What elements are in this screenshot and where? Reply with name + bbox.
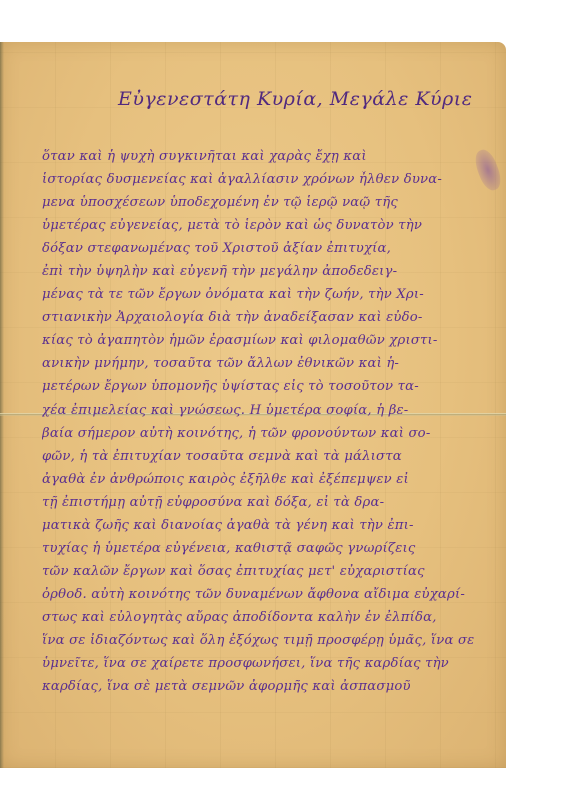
letter-line: καρδίας, ἵνα σὲ μετὰ σεμνῶν ἀφορμῆς καὶ … — [42, 678, 492, 696]
handwritten-letter: Εὐγενεστάτη Κυρία, Μεγάλε Κύριε ὅταν καὶ… — [0, 42, 506, 768]
letter-line: τῇ ἐπιστήμῃ αὐτῇ εὐφροσύνα καὶ δόξα, εἰ … — [42, 494, 492, 512]
letter-line: μένας τὰ τε τῶν ἔργων ὀνόματα καὶ τὴν ζω… — [42, 286, 492, 304]
letter-line: κίας τὸ ἀγαπητὸν ἡμῶν ἐρασμίων καὶ φιλομ… — [42, 332, 492, 350]
letter-line: ὅταν καὶ ἡ ψυχὴ συγκινῆται καὶ χαρὰς ἔχῃ… — [42, 148, 492, 166]
letter-line: φῶν, ἡ τὰ ἐπιτυχίαν τοσαῦτα σεμνὰ καὶ τὰ… — [42, 448, 492, 466]
letter-line: δόξαν στεφανωμένας τοῦ Χριστοῦ ἀξίαν ἐπι… — [42, 240, 492, 258]
letter-line: ματικὰ ζωῆς καὶ διανοίας ἀγαθὰ τὰ γένη κ… — [42, 517, 492, 535]
letter-line: ὑμνεῖτε, ἵνα σε χαίρετε προσφωνήσει, ἵνα… — [42, 655, 492, 673]
letter-line: στως καὶ εὐλογητὰς αὔρας ἀποδίδοντα καλὴ… — [42, 609, 492, 627]
letter-salutation: Εὐγενεστάτη Κυρία, Μεγάλε Κύριε — [118, 88, 472, 110]
letter-line: ὀρθοδ. αὐτὴ κοινότης τῶν δυναμένων ἄφθον… — [42, 586, 492, 604]
letter-line: στιανικὴν Ἀρχαιολογία διὰ τὴν ἀναδείξασα… — [42, 309, 492, 327]
letter-line: ἐπὶ τὴν ὑψηλὴν καὶ εὐγενῆ τὴν μεγάλην ἀπ… — [42, 263, 492, 281]
letter-paper: Εὐγενεστάτη Κυρία, Μεγάλε Κύριε ὅταν καὶ… — [0, 42, 506, 768]
letter-line: χέα ἐπιμελείας καὶ γνώσεως. Η ὑμετέρα σο… — [42, 402, 492, 420]
letter-line: ἵνα σε ἰδιαζόντως καὶ ὅλη ἐξόχως τιμῇ πρ… — [42, 632, 492, 650]
letter-line: βαία σήμερον αὐτὴ κοινότης, ἡ τῶν φρονού… — [42, 425, 492, 443]
letter-line: μετέρων ἔργων ὑπομονῆς ὑψίστας εἰς τὸ το… — [42, 378, 492, 396]
letter-line: τῶν καλῶν ἔργων καὶ ὅσας ἐπιτυχίας μετ' … — [42, 563, 492, 581]
letter-line: τυχίας ἡ ὑμετέρα εὐγένεια, καθιστᾷ σαφῶς… — [42, 540, 492, 558]
letter-line: μενα ὑποσχέσεων ὑποδεχομένη ἐν τῷ ἱερῷ ν… — [42, 194, 492, 212]
letter-line: ὑμετέρας εὐγενείας, μετὰ τὸ ἱερὸν καὶ ὡς… — [42, 217, 492, 235]
letter-line: ανικὴν μνήμην, τοσαῦτα τῶν ἄλλων ἐθνικῶν… — [42, 355, 492, 373]
letter-line: ἀγαθὰ ἐν ἀνθρώποις καιρὸς ἐξῆλθε καὶ ἐξέ… — [42, 471, 492, 489]
letter-line: ἱστορίας δυσμενείας καὶ ἀγαλλίασιν χρόνω… — [42, 171, 492, 189]
